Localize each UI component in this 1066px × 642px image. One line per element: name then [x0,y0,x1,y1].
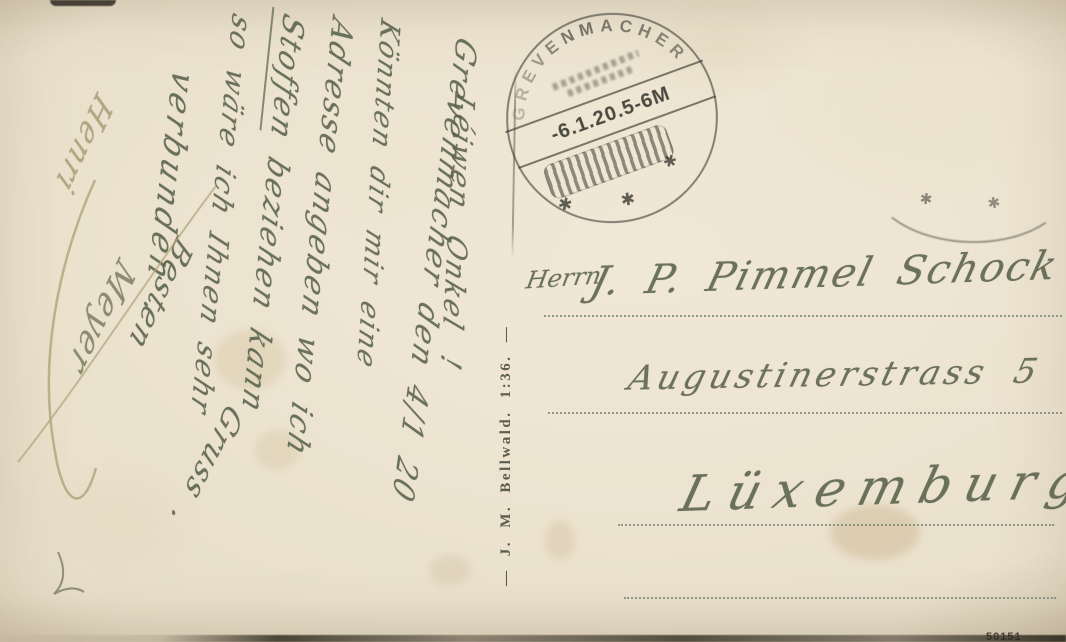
message-underlined-word: Stoffen [259,7,309,147]
message-closing: Gruss . [165,398,246,536]
message-line: Könnten dir mir eine [352,15,403,373]
address-name: J. P. Pimmel Schock [587,246,1063,302]
address-city: Lüxemburg [676,455,1066,519]
address-street: Augustinerstrass 5 [625,354,1045,395]
postmark-grevenmacher: GREVENMACHER -6.1.20.5-6M [475,0,749,254]
address-rule-2 [548,412,1062,414]
address-rule-3 [618,524,1054,526]
paper-stain [430,555,470,585]
postcard-back-scan: GREVENMACHER -6.1.20.5-6M ✱ ✱ ✱ ✱ ✱ — J.… [0,0,1066,642]
postmark-star-icon: ✱ [620,189,637,211]
postmark-star-icon: ✱ [919,189,933,208]
signature-first-name: Henri [50,87,116,201]
paper-stain [545,520,575,560]
address-rule-1 [544,315,1062,317]
address-rule-4 [624,597,1056,599]
postmark-partial-arc [868,120,1066,247]
scan-bottom-edge [0,635,1066,642]
publisher-imprint: — J. M. Bellwald. 1:36. — [499,325,514,586]
scan-edge-mark [50,0,116,6]
